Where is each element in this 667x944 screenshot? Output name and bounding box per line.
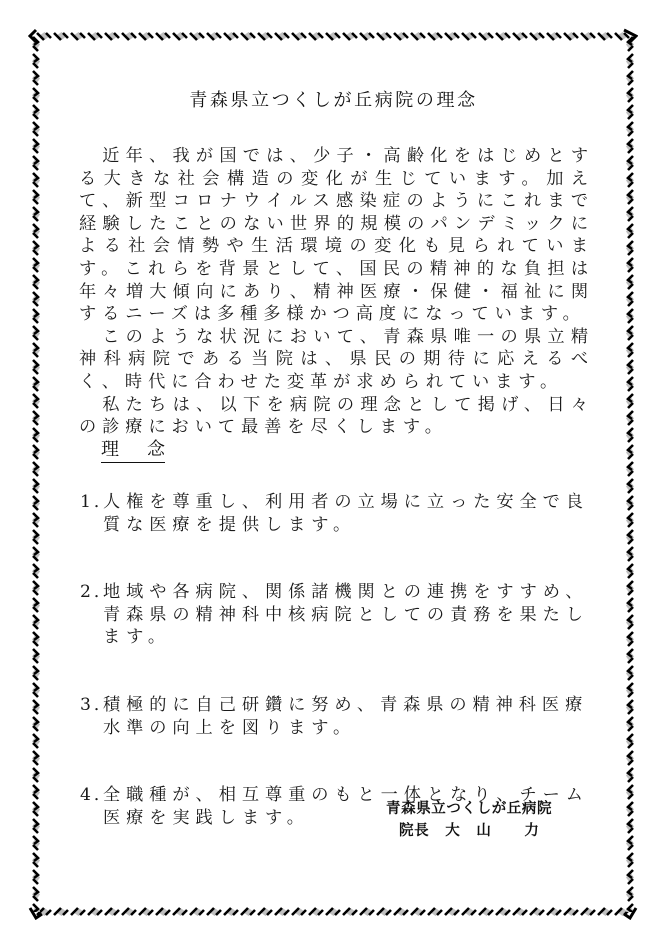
intro-text: 近年、我が国では、少子・高齢化をはじめとする大きな社会構造の変化が生じています。… [79, 145, 594, 439]
principle-text: 積極的に自己研鑽に努め、青森県の精神科医療水準の向上を図ります。 [103, 695, 588, 738]
principle-number: 2． [80, 581, 114, 604]
border-corner-top-right [622, 28, 638, 44]
heading-char-1: 理 [101, 439, 119, 460]
principle-item-1: 1． 人権を尊重し、利用者の立場に立った安全で良質な医療を提供します。 [80, 491, 595, 536]
signature-director-line: 院長大山力 [386, 820, 552, 842]
border-right-edge [624, 36, 636, 912]
philosophy-heading: 理念 [101, 438, 165, 463]
intro-paragraph-2: このような状況において、青森県唯一の県立精神科病院である当院は、県民の期待に応え… [79, 326, 594, 394]
signature-block: 青森県立つくしが丘病院 院長大山力 [386, 798, 552, 842]
principle-number: 3． [80, 694, 114, 717]
signature-role: 院長 [399, 823, 429, 839]
border-corner-top-left [28, 28, 44, 44]
border-corner-bottom-right [622, 904, 638, 920]
border-left-edge [30, 36, 42, 912]
signature-name-part-2: 山 [476, 823, 491, 839]
intro-paragraph-3: 私たちは、以下を病院の理念として掲げ、日々の診療において最善を尽くします。 [79, 394, 594, 439]
principle-text: 人権を尊重し、利用者の立場に立った安全で良質な医療を提供します。 [103, 492, 589, 535]
principle-number: 1． [80, 491, 114, 514]
heading-char-2: 念 [147, 439, 165, 460]
signature-organization: 青森県立つくしが丘病院 [386, 798, 552, 820]
border-top-edge [36, 30, 630, 42]
signature-name-part-1: 大 [445, 823, 460, 839]
document-title: 青森県立つくしが丘病院の理念 [0, 89, 667, 113]
principle-number: 4． [80, 784, 114, 807]
signature-name-part-3: 力 [524, 823, 539, 839]
border-bottom-edge [36, 906, 630, 918]
principle-item-2: 2． 地域や各病院、関係諸機関との連携をすすめ、青森県の精神科中核病院としての責… [80, 581, 595, 649]
border-corner-bottom-left [28, 904, 44, 920]
principle-text: 地域や各病院、関係諸機関との連携をすすめ、青森県の精神科中核病院としての責務を果… [103, 582, 589, 647]
principle-item-3: 3． 積極的に自己研鑽に努め、青森県の精神科医療水準の向上を図ります。 [80, 694, 595, 739]
intro-paragraph-1: 近年、我が国では、少子・高齢化をはじめとする大きな社会構造の変化が生じています。… [79, 145, 594, 326]
